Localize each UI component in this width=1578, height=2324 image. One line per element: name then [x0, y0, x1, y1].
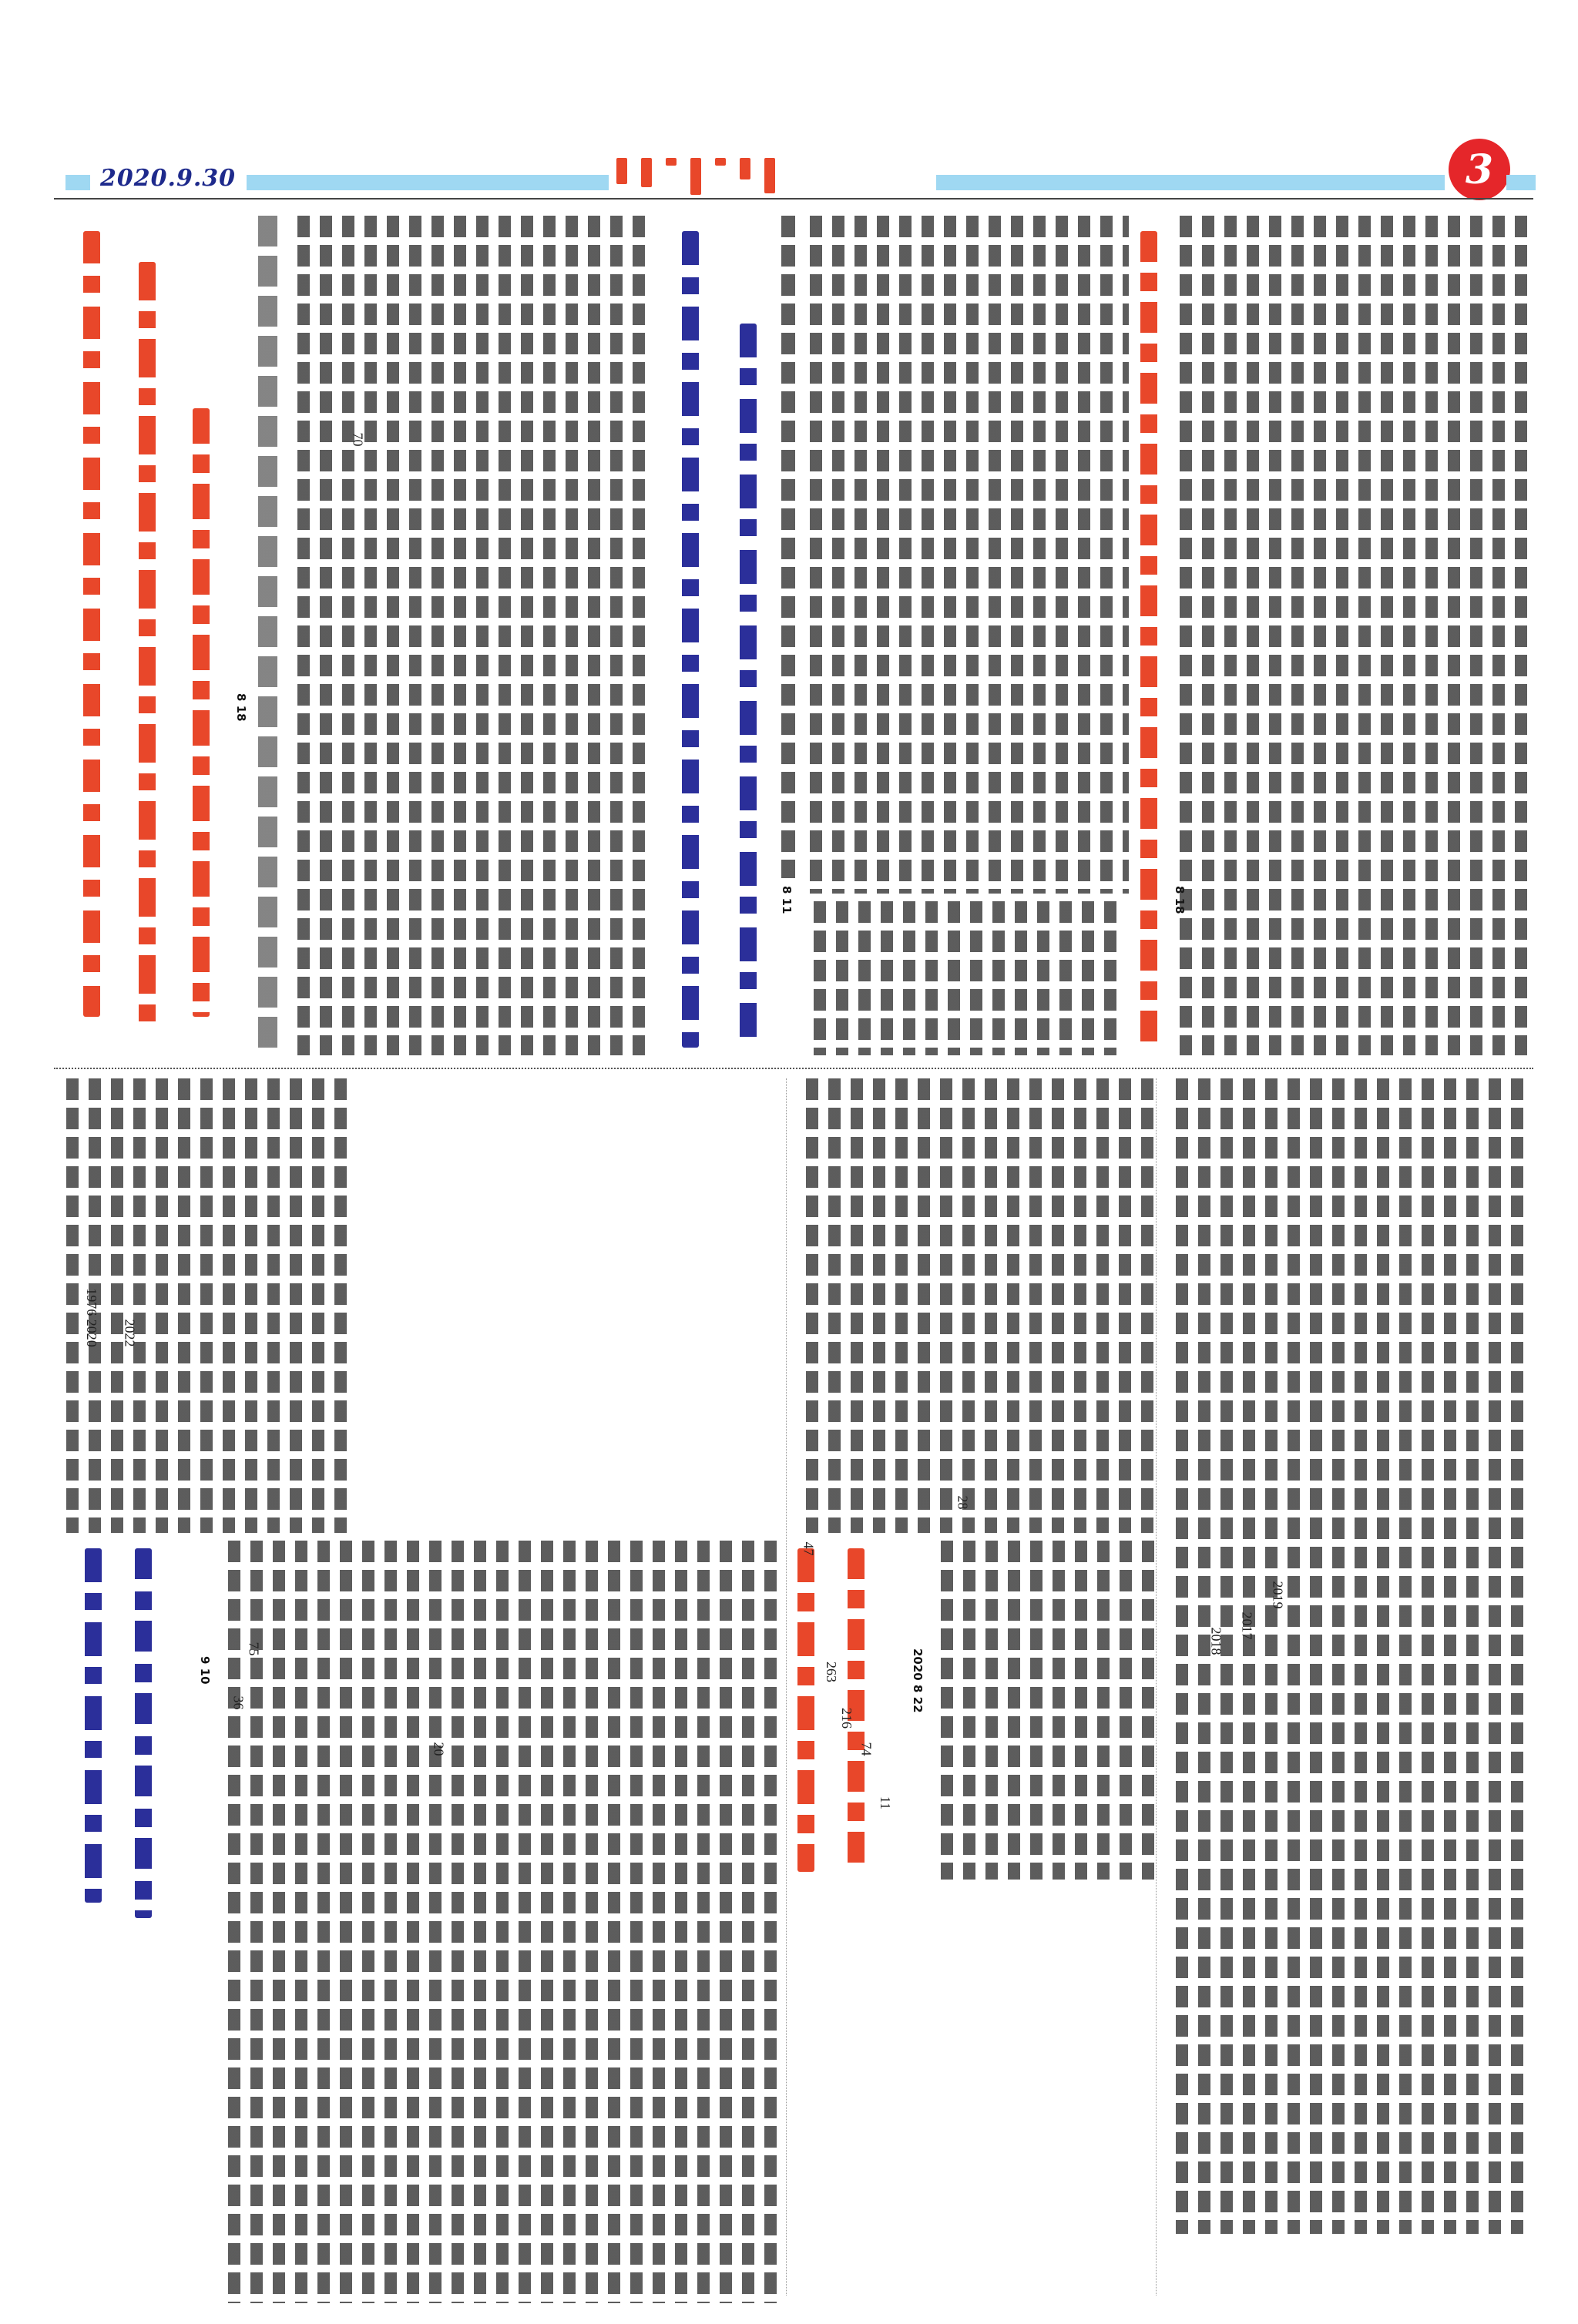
- blue-title-column-2: [740, 324, 757, 1048]
- byline-bottom-left: 9 10: [198, 1656, 212, 1685]
- article-body-bottom-left-a: [62, 1078, 347, 1533]
- blue-title-column-1: [682, 231, 699, 1048]
- bottom-center-n11: 11: [877, 1796, 893, 1809]
- bottom-left-years: 1976 2020: [83, 1288, 99, 1347]
- article-body-top-center-a: [293, 216, 655, 1055]
- top-center-number-70: 70: [350, 433, 366, 447]
- bottom-center-n74: 74: [858, 1742, 875, 1756]
- article-body-top-left: [258, 216, 277, 1048]
- bottom-center-n216: 216: [838, 1708, 854, 1729]
- bottom-left-n20: 20: [431, 1742, 447, 1756]
- article-body-bottom-left-b: [223, 1541, 778, 2303]
- bottom-right-2017: 2017: [1239, 1612, 1255, 1640]
- red-title-bottom-center-1: [797, 1548, 814, 1872]
- header-bar-mid-left: [247, 175, 609, 190]
- article-body-top-right-b: [809, 901, 1117, 1055]
- section-separator: [54, 1068, 1533, 1069]
- column-divider-1: [1156, 1078, 1157, 2295]
- red-title-column-1: [83, 231, 100, 1017]
- bottom-center-n263: 263: [823, 1662, 839, 1682]
- article-body-top-far-right: [1175, 216, 1529, 1055]
- bottom-center-n28: 28: [955, 1496, 971, 1510]
- dateline-bottom-left: 9 10: [198, 1656, 212, 1685]
- header-bar-mid-right: [936, 175, 1445, 190]
- column-divider-2: [786, 1078, 787, 2295]
- dateline-bottom-center: 2020 8 22: [911, 1648, 925, 1713]
- article-body-bottom-center-b: [936, 1541, 1160, 1880]
- article-body-top-center-b: [778, 216, 801, 878]
- bottom-right-2019: 2019: [1270, 1581, 1286, 1609]
- page-number-badge: 3: [1449, 139, 1510, 200]
- blue-title-bottom-left-1: [85, 1548, 102, 1903]
- dateline-top-left: 8 18: [234, 693, 248, 722]
- red-title-column-2: [139, 262, 156, 1025]
- byline-bottom-center: 2020 8 22: [911, 1648, 925, 1713]
- bottom-left-year-2022: 2022: [122, 1320, 138, 1347]
- bottom-left-n75: 75: [246, 1642, 262, 1656]
- blue-title-bottom-left-2: [135, 1548, 152, 1918]
- bottom-right-2018: 2018: [1208, 1628, 1224, 1655]
- bottom-center-n47: 47: [801, 1542, 817, 1556]
- dateline-top-center: 8 11: [780, 886, 794, 914]
- bottom-left-n36: 36: [230, 1696, 247, 1710]
- red-title-column-3: [193, 408, 210, 1017]
- header-rule: [54, 198, 1533, 200]
- article-body-top-right-a: [805, 216, 1129, 894]
- header-bar-right: [1506, 175, 1536, 190]
- red-title-top-right-bar: [1140, 231, 1157, 1048]
- article-body-bottom-center: [801, 1078, 1156, 1533]
- article-body-bottom-right: [1171, 1078, 1533, 2234]
- byline-top-center: 8 11: [780, 886, 794, 914]
- masthead-title: [616, 158, 848, 196]
- header-bar-left: [65, 175, 90, 190]
- byline-top-left: 8 18: [234, 693, 248, 722]
- issue-date: 2020.9.30: [100, 165, 236, 192]
